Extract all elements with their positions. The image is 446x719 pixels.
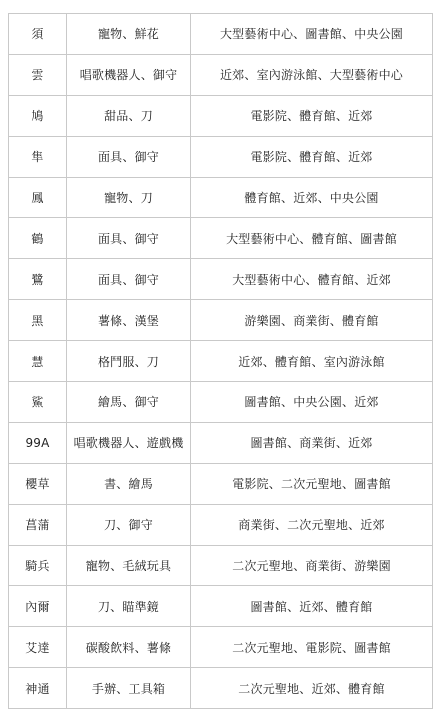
character-name-cell: 騎兵 bbox=[9, 545, 67, 586]
character-name-cell: 鳳 bbox=[9, 177, 67, 218]
places-cell: 圖書館、中央公園、近郊 bbox=[191, 382, 433, 423]
places-cell: 電影院、二次元聖地、圖書館 bbox=[191, 463, 433, 504]
character-name-cell: 慧 bbox=[9, 341, 67, 382]
character-name-cell: 鷺 bbox=[9, 259, 67, 300]
table-row: 黑 薯條、漢堡 游樂園、商業街、體育館 bbox=[9, 300, 433, 341]
table-row: 騎兵 寵物、毛絨玩具 二次元聖地、商業街、游樂園 bbox=[9, 545, 433, 586]
character-name-cell: 鯊 bbox=[9, 382, 67, 423]
places-cell: 商業街、二次元聖地、近郊 bbox=[191, 504, 433, 545]
gifts-cell: 繪馬、御守 bbox=[67, 382, 191, 423]
table-row: 隼 面具、御守 電影院、體育館、近郊 bbox=[9, 136, 433, 177]
character-name-cell: 鶴 bbox=[9, 218, 67, 259]
gifts-cell: 刀、御守 bbox=[67, 504, 191, 545]
gifts-cell: 碳酸飲料、薯條 bbox=[67, 627, 191, 668]
places-cell: 二次元聖地、近郊、體育館 bbox=[191, 668, 433, 709]
character-name-cell: 雲 bbox=[9, 54, 67, 95]
table-row: 99A 唱歌機器人、遊戲機 圖書館、商業街、近郊 bbox=[9, 422, 433, 463]
gifts-cell: 寵物、鮮花 bbox=[67, 14, 191, 55]
places-cell: 電影院、體育館、近郊 bbox=[191, 95, 433, 136]
character-name-cell: 99A bbox=[9, 422, 67, 463]
gifts-cell: 面具、御守 bbox=[67, 259, 191, 300]
table-row: 菖蒲 刀、御守 商業街、二次元聖地、近郊 bbox=[9, 504, 433, 545]
table-row: 雲 唱歌機器人、御守 近郊、室內游泳館、大型藝術中心 bbox=[9, 54, 433, 95]
table-row: 鯊 繪馬、御守 圖書館、中央公園、近郊 bbox=[9, 382, 433, 423]
character-name-cell: 內爾 bbox=[9, 586, 67, 627]
gifts-cell: 刀、瞄準鏡 bbox=[67, 586, 191, 627]
table-row: 須 寵物、鮮花 大型藝術中心、圖書館、中央公園 bbox=[9, 14, 433, 55]
table-row: 鷺 面具、御守 大型藝術中心、體育館、近郊 bbox=[9, 259, 433, 300]
gifts-cell: 寵物、毛絨玩具 bbox=[67, 545, 191, 586]
character-preference-table: 須 寵物、鮮花 大型藝術中心、圖書館、中央公園 雲 唱歌機器人、御守 近郊、室內… bbox=[8, 13, 433, 709]
places-cell: 近郊、室內游泳館、大型藝術中心 bbox=[191, 54, 433, 95]
table-row: 鶴 面具、御守 大型藝術中心、體育館、圖書館 bbox=[9, 218, 433, 259]
gifts-cell: 格鬥服、刀 bbox=[67, 341, 191, 382]
character-name-cell: 須 bbox=[9, 14, 67, 55]
character-name-cell: 鳩 bbox=[9, 95, 67, 136]
table-row: 慧 格鬥服、刀 近郊、體育館、室內游泳館 bbox=[9, 341, 433, 382]
character-name-cell: 菖蒲 bbox=[9, 504, 67, 545]
table-row: 神通 手辦、工具箱 二次元聖地、近郊、體育館 bbox=[9, 668, 433, 709]
places-cell: 大型藝術中心、圖書館、中央公園 bbox=[191, 14, 433, 55]
gifts-cell: 面具、御守 bbox=[67, 136, 191, 177]
places-cell: 大型藝術中心、體育館、圖書館 bbox=[191, 218, 433, 259]
places-cell: 圖書館、近郊、體育館 bbox=[191, 586, 433, 627]
character-name-cell: 黑 bbox=[9, 300, 67, 341]
places-cell: 游樂園、商業街、體育館 bbox=[191, 300, 433, 341]
gifts-cell: 面具、御守 bbox=[67, 218, 191, 259]
places-cell: 近郊、體育館、室內游泳館 bbox=[191, 341, 433, 382]
table-body: 須 寵物、鮮花 大型藝術中心、圖書館、中央公園 雲 唱歌機器人、御守 近郊、室內… bbox=[9, 14, 433, 709]
places-cell: 大型藝術中心、體育館、近郊 bbox=[191, 259, 433, 300]
gifts-cell: 唱歌機器人、御守 bbox=[67, 54, 191, 95]
gifts-cell: 甜品、刀 bbox=[67, 95, 191, 136]
gifts-cell: 唱歌機器人、遊戲機 bbox=[67, 422, 191, 463]
table-row: 櫻草 書、繪馬 電影院、二次元聖地、圖書館 bbox=[9, 463, 433, 504]
places-cell: 二次元聖地、電影院、圖書館 bbox=[191, 627, 433, 668]
gifts-cell: 薯條、漢堡 bbox=[67, 300, 191, 341]
gifts-cell: 手辦、工具箱 bbox=[67, 668, 191, 709]
table-row: 內爾 刀、瞄準鏡 圖書館、近郊、體育館 bbox=[9, 586, 433, 627]
character-name-cell: 櫻草 bbox=[9, 463, 67, 504]
table-row: 鳳 寵物、刀 體育館、近郊、中央公園 bbox=[9, 177, 433, 218]
places-cell: 圖書館、商業街、近郊 bbox=[191, 422, 433, 463]
places-cell: 體育館、近郊、中央公園 bbox=[191, 177, 433, 218]
gifts-cell: 書、繪馬 bbox=[67, 463, 191, 504]
table-row: 鳩 甜品、刀 電影院、體育館、近郊 bbox=[9, 95, 433, 136]
character-name-cell: 神通 bbox=[9, 668, 67, 709]
places-cell: 二次元聖地、商業街、游樂園 bbox=[191, 545, 433, 586]
places-cell: 電影院、體育館、近郊 bbox=[191, 136, 433, 177]
table-row: 艾達 碳酸飲料、薯條 二次元聖地、電影院、圖書館 bbox=[9, 627, 433, 668]
character-name-cell: 隼 bbox=[9, 136, 67, 177]
character-name-cell: 艾達 bbox=[9, 627, 67, 668]
gifts-cell: 寵物、刀 bbox=[67, 177, 191, 218]
